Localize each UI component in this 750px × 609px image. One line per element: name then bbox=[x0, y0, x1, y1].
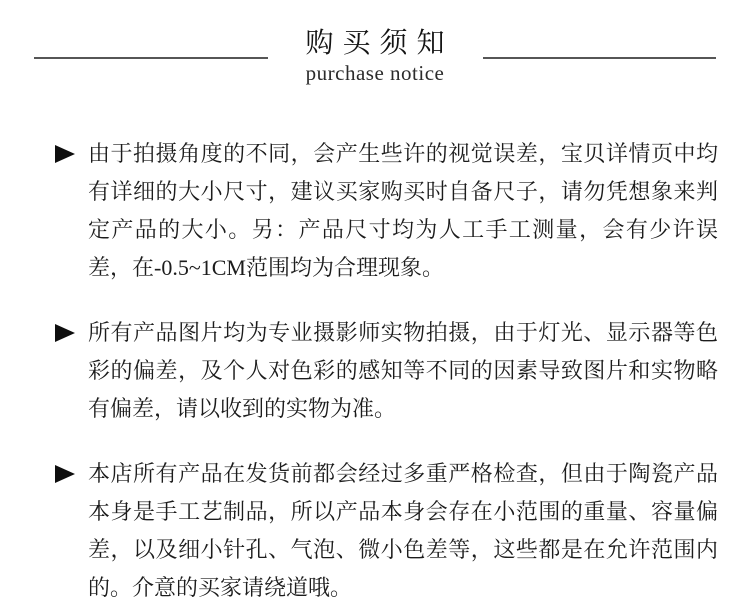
notice-list: 由于拍摄角度的不同，会产生些许的视觉误差，宝贝详情页中均有详细的大小尺寸，建议买… bbox=[0, 135, 750, 607]
bullet-triangle-icon bbox=[55, 455, 88, 483]
bullet-triangle-icon bbox=[55, 135, 88, 163]
notice-item: 本店所有产品在发货前都会经过多重严格检查，但由于陶瓷产品本身是手工艺制品，所以产… bbox=[0, 455, 750, 607]
page-subtitle: purchase notice bbox=[306, 62, 445, 85]
purchase-notice-section: 购买须知 purchase notice 由于拍摄角度的不同，会产生些许的视觉误… bbox=[0, 0, 750, 609]
notice-text: 本店所有产品在发货前都会经过多重严格检查，但由于陶瓷产品本身是手工艺制品，所以产… bbox=[88, 455, 718, 607]
title-block: 购买须知 purchase notice bbox=[268, 28, 483, 85]
notice-item: 所有产品图片均为专业摄影师实物拍摄，由于灯光、显示器等色彩的偏差，及个人对色彩的… bbox=[0, 314, 750, 428]
left-divider-line bbox=[34, 57, 268, 59]
notice-item: 由于拍摄角度的不同，会产生些许的视觉误差，宝贝详情页中均有详细的大小尺寸，建议买… bbox=[0, 135, 750, 287]
page-title: 购买须知 bbox=[306, 28, 454, 60]
notice-text: 由于拍摄角度的不同，会产生些许的视觉误差，宝贝详情页中均有详细的大小尺寸，建议买… bbox=[88, 135, 718, 287]
section-header: 购买须知 purchase notice bbox=[0, 0, 750, 85]
notice-text: 所有产品图片均为专业摄影师实物拍摄，由于灯光、显示器等色彩的偏差，及个人对色彩的… bbox=[88, 314, 718, 428]
right-divider-line bbox=[483, 57, 717, 59]
bullet-triangle-icon bbox=[55, 314, 88, 342]
